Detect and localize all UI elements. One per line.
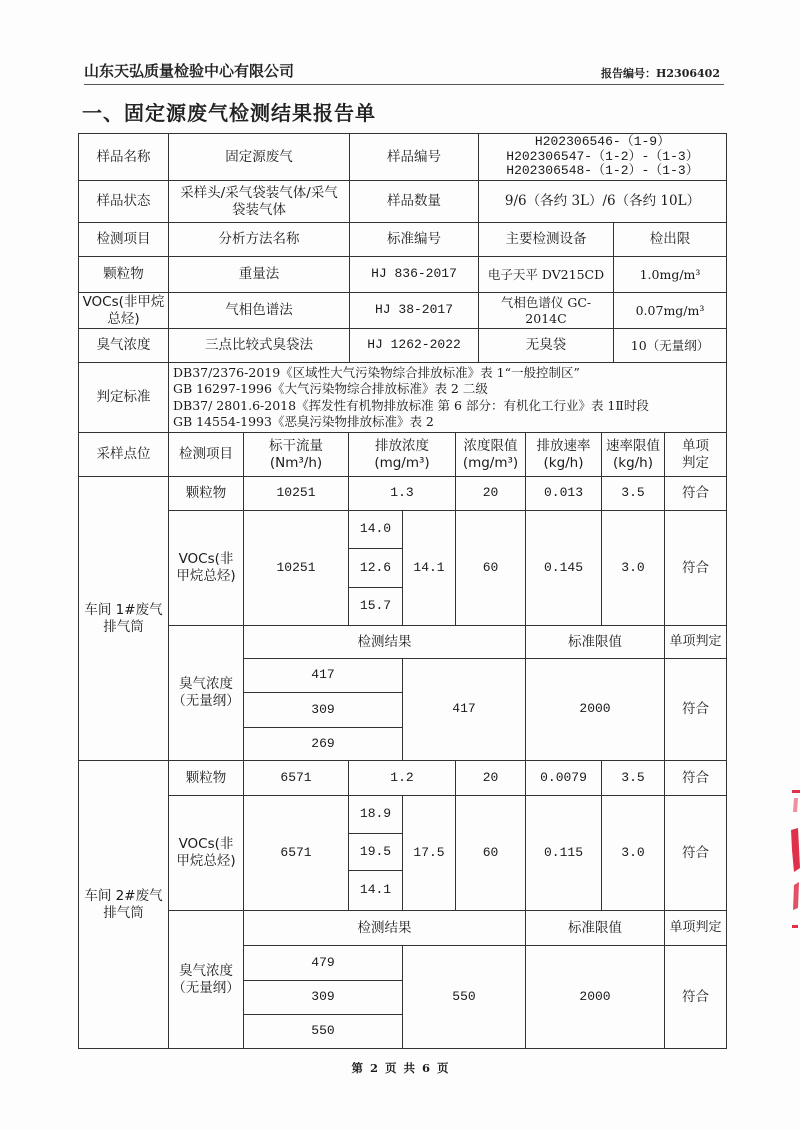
method-header-method: 分析方法名称	[169, 223, 350, 257]
criteria-list: DB37/2376-2019《区域性大气污染物综合排放标准》表 1“一般控制区”…	[169, 363, 727, 433]
sample-no: H202306546-（1-9） H202306547-（1-2）-（1-3） …	[479, 134, 727, 181]
seal-stamp-icon	[772, 790, 800, 950]
method-row: 颗粒物 重量法 HJ 836-2017 电子天平 DV215CD 1.0mg/m…	[79, 257, 727, 293]
odor-header: 臭气浓度（无量纲） 检测结果 标准限值 单项判定	[79, 911, 727, 946]
sample-qty-label: 样品数量	[350, 181, 479, 223]
site-name: 车间 2#废气排气筒	[79, 761, 169, 1049]
report-number: 报告编号：H2306402	[601, 65, 720, 81]
method-header-limit: 检出限	[614, 223, 727, 257]
sample-state: 采样头/采气袋装气体/采气袋装气体	[169, 181, 350, 223]
method-header-standard: 标准编号	[350, 223, 479, 257]
page-header: 山东天弘质量检验中心有限公司 报告编号：H2306402	[84, 58, 724, 85]
sample-name-label: 样品名称	[79, 134, 169, 181]
table-row: 车间 2#废气排气筒 颗粒物 6571 1.2 20 0.0079 3.5 符合	[79, 761, 727, 796]
method-row: 臭气浓度 三点比较式臭袋法 HJ 1262-2022 无臭袋 10（无量纲）	[79, 329, 727, 363]
page-number: 第 2 页 共 6 页	[0, 1060, 800, 1076]
odor-header: 臭气浓度（无量纲） 检测结果 标准限值 单项判定	[79, 626, 727, 659]
info-table: 样品名称 固定源废气 样品编号 H202306546-（1-9） H202306…	[78, 133, 727, 433]
sample-state-label: 样品状态	[79, 181, 169, 223]
table-row: VOCs(非甲烷总烃) 10251 14.0 14.1 60 0.145 3.0…	[79, 511, 727, 549]
method-header-item: 检测项目	[79, 223, 169, 257]
company-name: 山东天弘质量检验中心有限公司	[84, 60, 294, 81]
method-header-equipment: 主要检测设备	[479, 223, 614, 257]
sample-name: 固定源废气	[169, 134, 350, 181]
site-name: 车间 1#废气排气筒	[79, 477, 169, 761]
table-row: 车间 1#废气排气筒 颗粒物 10251 1.3 20 0.013 3.5 符合	[79, 477, 727, 511]
results-header: 采样点位 检测项目 标干流量(Nm³/h) 排放浓度(mg/m³) 浓度限值(m…	[79, 433, 727, 477]
sample-qty: 9/6（各约 3L）/6（各约 10L）	[479, 181, 727, 223]
results-table: 采样点位 检测项目 标干流量(Nm³/h) 排放浓度(mg/m³) 浓度限值(m…	[78, 432, 727, 1049]
table-row: VOCs(非甲烷总烃) 6571 18.9 17.5 60 0.115 3.0 …	[79, 796, 727, 834]
page-title: 一、固定源废气检测结果报告单	[82, 97, 376, 126]
method-row: VOCs(非甲烷总烃) 气相色谱法 HJ 38-2017 气相色谱仪 GC-20…	[79, 293, 727, 329]
criteria-label: 判定标准	[79, 363, 169, 433]
sample-no-label: 样品编号	[350, 134, 479, 181]
